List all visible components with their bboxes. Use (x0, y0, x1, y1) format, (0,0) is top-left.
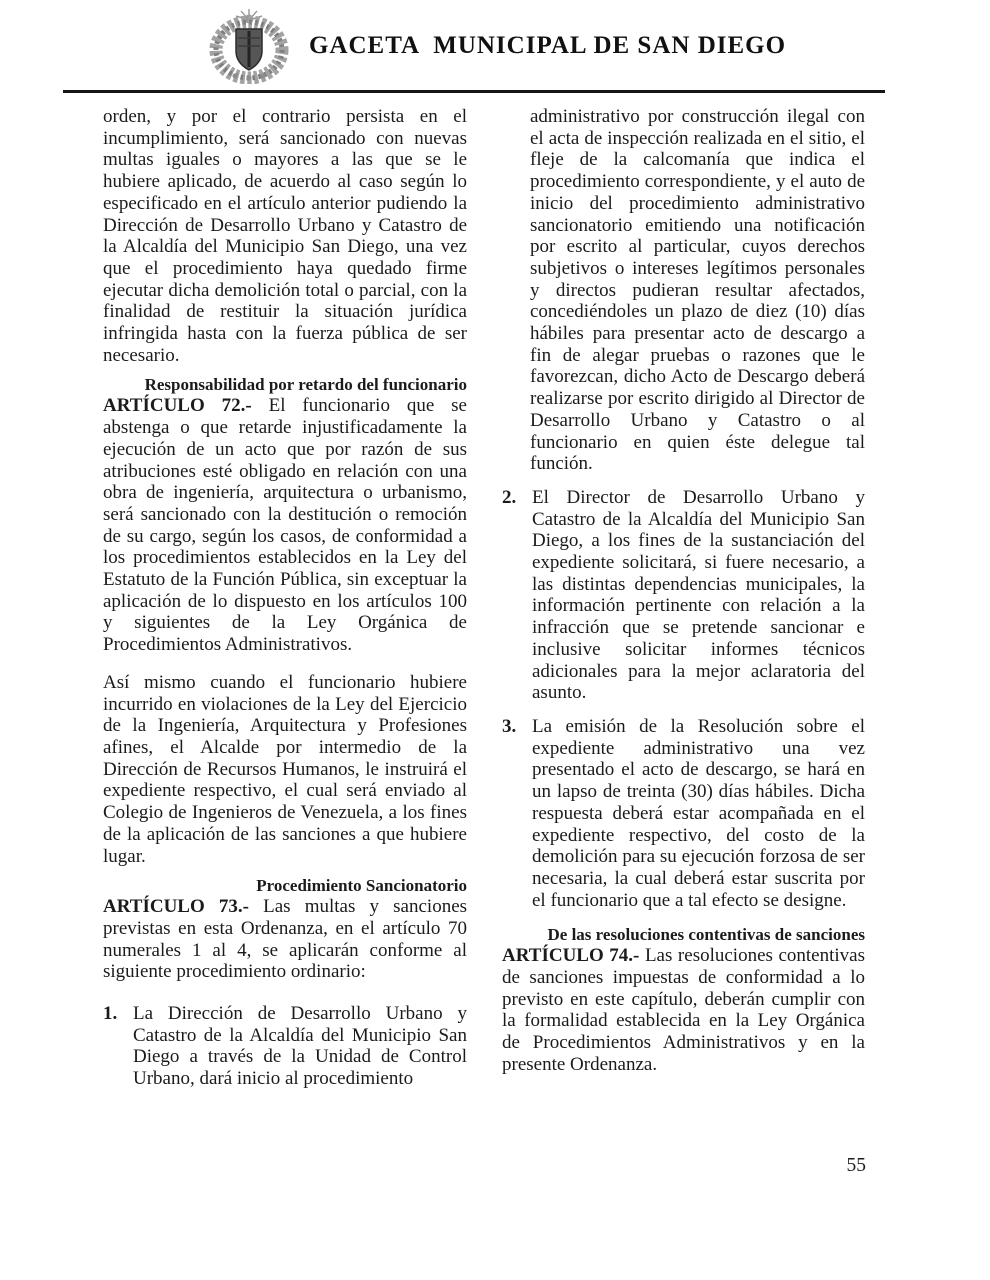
list-item-1-number: 1. (103, 1003, 133, 1090)
article-74-label: ARTÍCULO 74.- (502, 945, 639, 966)
list-item-1-continuation: administrativo por construcción ilegal c… (502, 106, 865, 475)
list-item-3-number: 3. (502, 716, 532, 911)
header-divider (63, 90, 885, 93)
section-heading-procedimiento: Procedimiento Sancionatorio (103, 876, 467, 896)
document-body: orden, y por el contrario persista en el… (103, 106, 990, 1090)
list-item-3-text: La emisión de la Resolución sobre el exp… (532, 716, 865, 911)
list-item-2-number: 2. (502, 487, 532, 704)
right-column: administrativo por construcción ilegal c… (502, 106, 865, 1090)
article-72-label: ARTÍCULO 72.- (103, 395, 252, 416)
list-item-3: 3. La emisión de la Resolución sobre el … (502, 716, 865, 911)
page-title: GACETA MUNICIPAL DE SAN DIEGO (309, 32, 786, 60)
list-item-2-text: El Director de Desarrollo Urbano y Catas… (532, 487, 865, 704)
coat-of-arms-icon (205, 8, 293, 84)
list-item-1-text: La Dirección de Desarrollo Urbano y Cata… (133, 1003, 467, 1090)
list-item-1: 1. La Dirección de Desarrollo Urbano y C… (103, 1003, 467, 1090)
masthead: GACETA MUNICIPAL DE SAN DIEGO (0, 0, 990, 86)
article-73: ARTÍCULO 73.- Las multas y sanciones pre… (103, 896, 467, 983)
page-number: 55 (847, 1155, 867, 1177)
article-72: ARTÍCULO 72.- El funcionario que se abst… (103, 395, 467, 655)
left-column: orden, y por el contrario persista en el… (103, 106, 467, 1090)
section-heading-resoluciones: De las resoluciones contentivas de sanci… (502, 925, 865, 945)
list-item-2: 2. El Director de Desarrollo Urbano y Ca… (502, 487, 865, 704)
article-74: ARTÍCULO 74.- Las resoluciones contentiv… (502, 945, 865, 1075)
gaceta-page: GACETA MUNICIPAL DE SAN DIEGO orden, y p… (0, 0, 990, 1280)
article-73-label: ARTÍCULO 73.- (103, 896, 249, 917)
paragraph: Así mismo cuando el funcionario hubiere … (103, 672, 467, 867)
article-72-text: El funcionario que se abstenga o que ret… (103, 395, 467, 655)
section-heading-responsabilidad: Responsabilidad por retardo del funciona… (103, 375, 467, 395)
paragraph: orden, y por el contrario persista en el… (103, 106, 467, 366)
